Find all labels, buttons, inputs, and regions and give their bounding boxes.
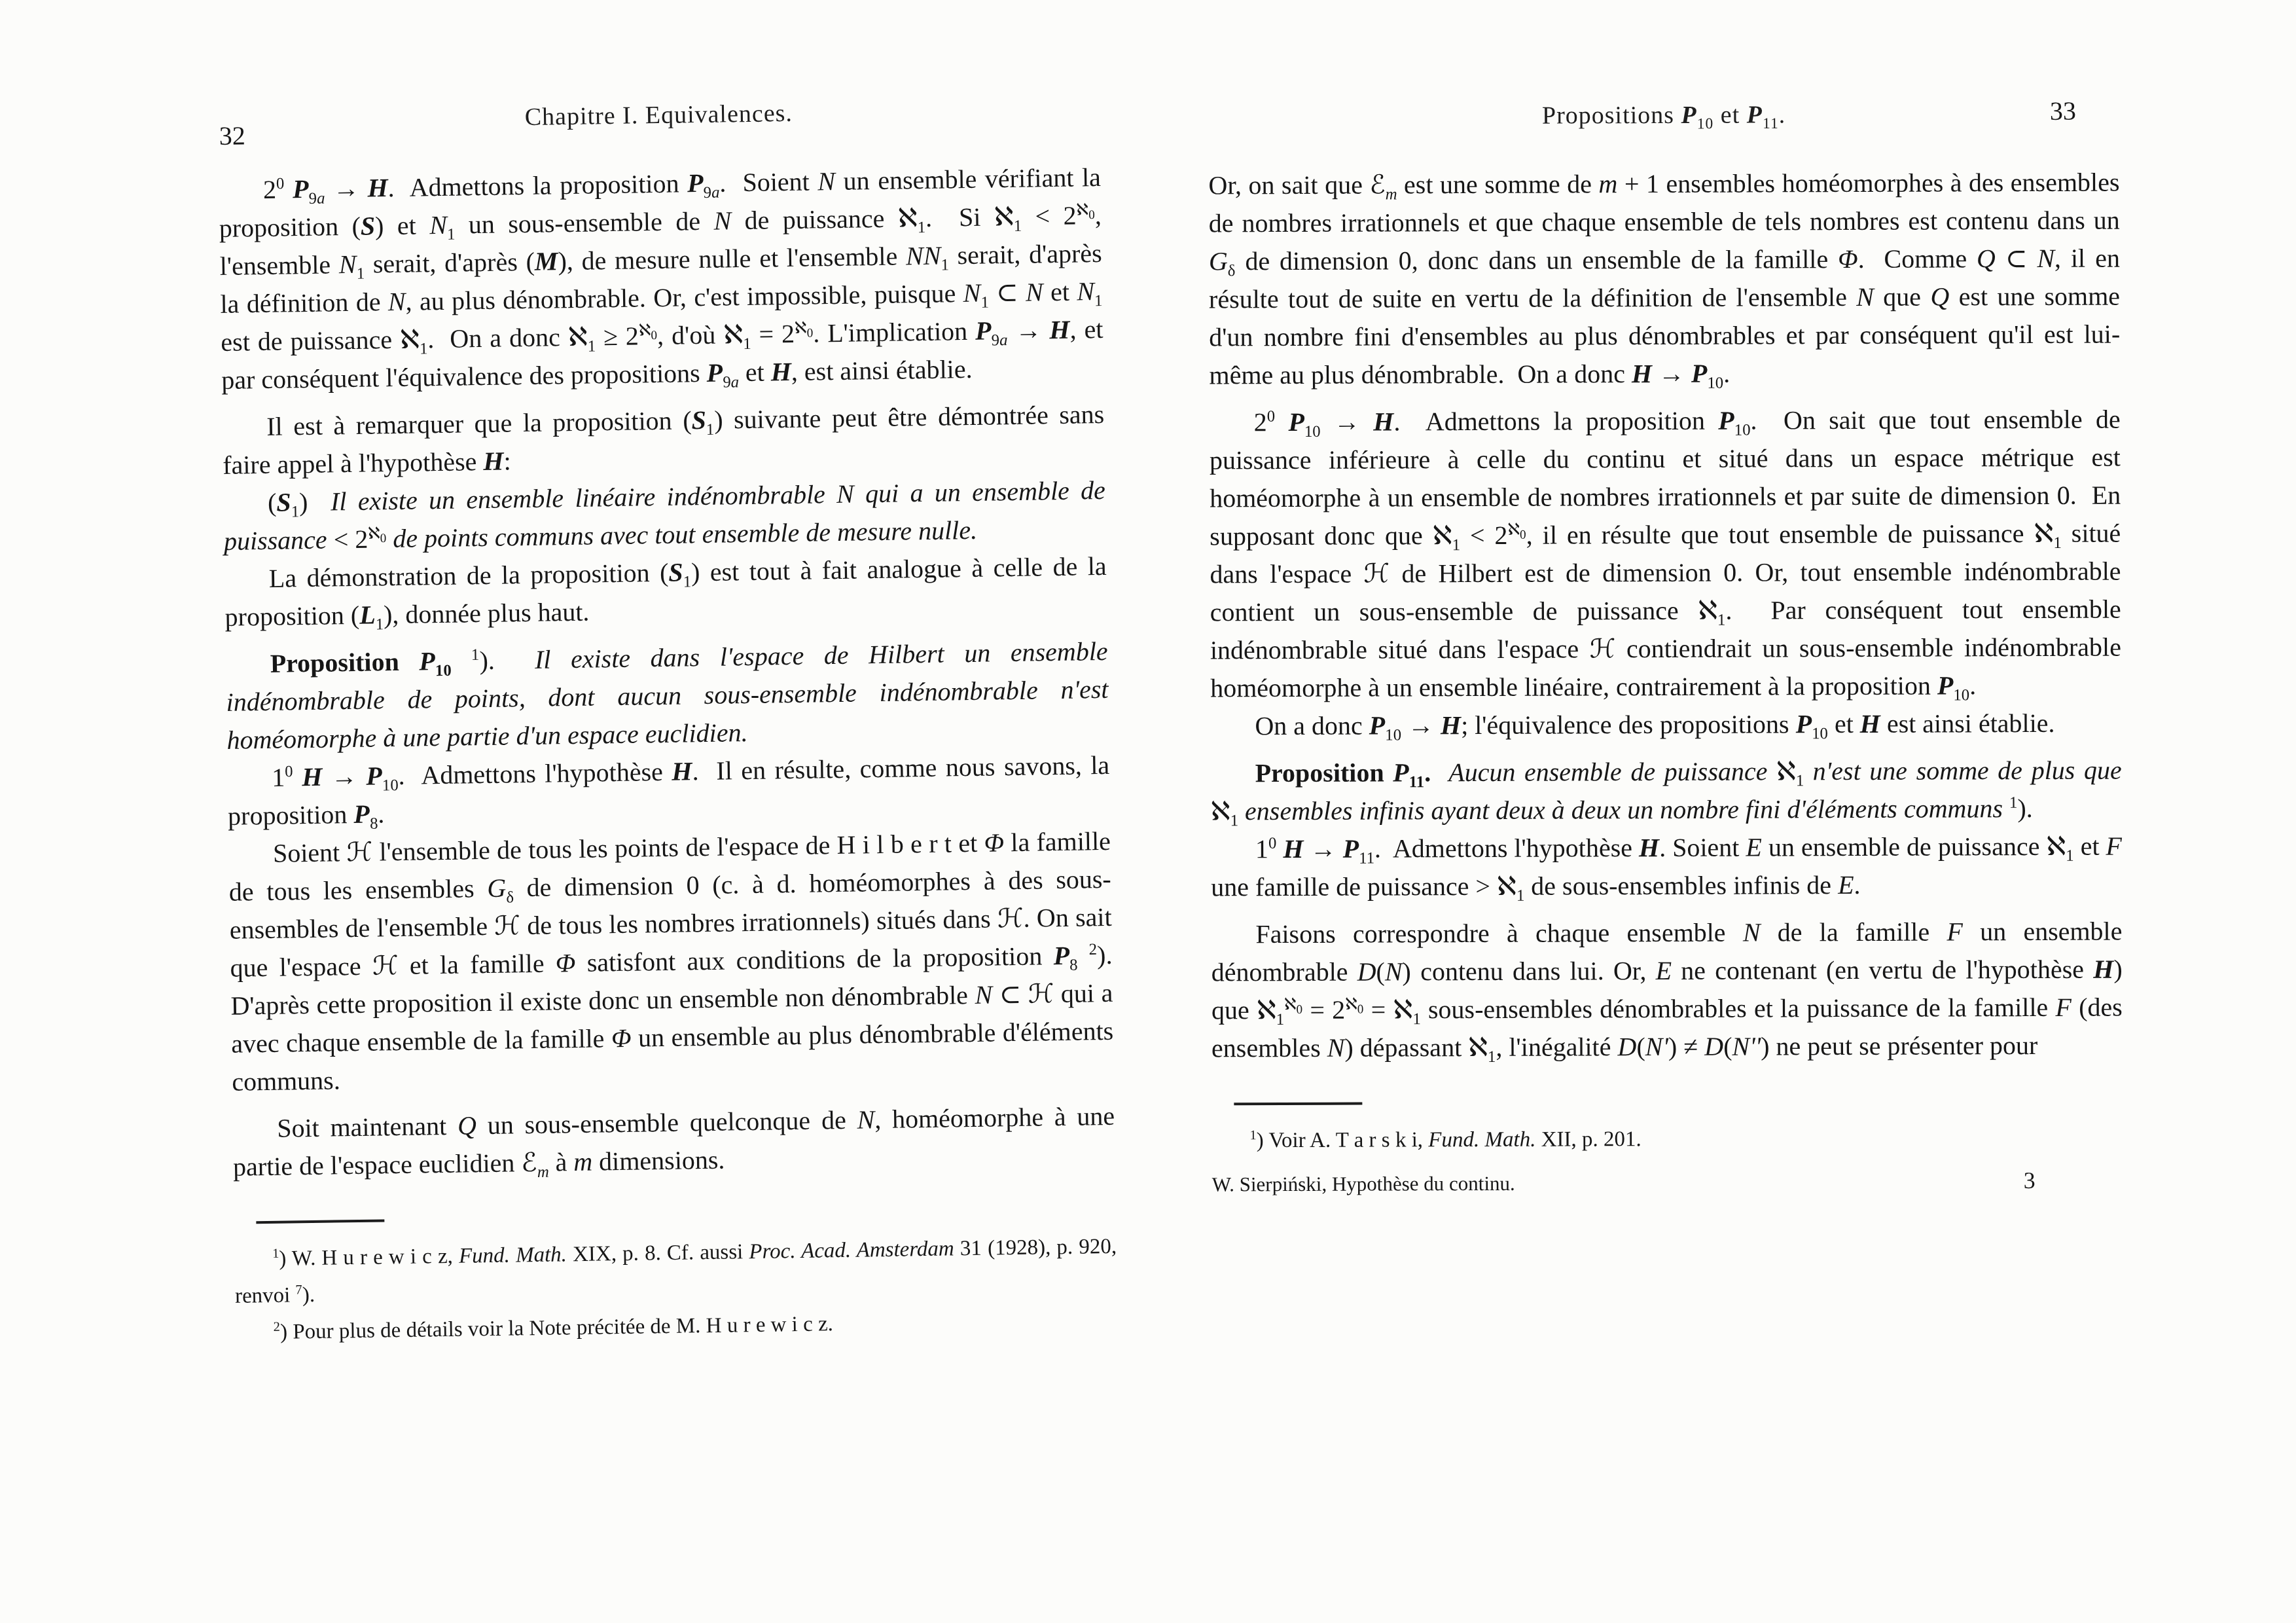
paragraph: Or, on sait que ℰm est une somme de m + …: [1208, 164, 2120, 395]
page-number-left: 32: [219, 120, 245, 152]
printer-signature: W. Sierpiński, Hypothèse du continu.: [1212, 1172, 1515, 1197]
footnotes-left: 1) W. H u r e w i c z, Fund. Math. XIX, …: [234, 1228, 1118, 1351]
footnote-rule-right: [1234, 1103, 1362, 1106]
page-32: 32 Chapitre I. Equivalences. 20 P9a → H.…: [217, 93, 1118, 1351]
page-body-right: Or, on sait que ℰm est une somme de m + …: [1208, 164, 2123, 1068]
page-33: Propositions P10 et P11. 33 Or, on sait …: [1208, 98, 2123, 1197]
paragraph: La démonstration de la proposition (S1) …: [224, 547, 1107, 636]
paragraph: Il est à remarquer que la proposition (S…: [222, 395, 1105, 484]
paragraph: Proposition P10 1). Il existe dans l'esp…: [225, 632, 1109, 759]
page-header-right: Propositions P10 et P11. 33: [1208, 98, 2119, 139]
sheet-number: 3: [2024, 1167, 2036, 1194]
book-spread: 32 Chapitre I. Equivalences. 20 P9a → H.…: [0, 0, 2296, 1623]
page-number-right: 33: [2050, 96, 2076, 127]
paragraph: (S1) Il existe un ensemble linéaire indé…: [223, 471, 1107, 560]
footnote: 1) Voir A. T a r s k i, Fund. Math. XII,…: [1211, 1120, 2123, 1159]
page-body-left: 20 P9a → H. Admettons la proposition P9a…: [219, 158, 1116, 1186]
page-header-left: 32 Chapitre I. Equivalences.: [217, 93, 1100, 144]
paragraph: On a donc P10 → H; l'équivalence des pro…: [1210, 704, 2121, 746]
paragraph: Soient ℋ l'ensemble de tous les points d…: [228, 822, 1115, 1101]
footnotes-right: 1) Voir A. T a r s k i, Fund. Math. XII,…: [1211, 1120, 2123, 1159]
paragraph: 20 P10 → H. Admettons la proposition P10…: [1210, 401, 2122, 708]
footnote: 1) W. H u r e w i c z, Fund. Math. XIX, …: [234, 1228, 1118, 1315]
paragraph: Proposition P11. Aucun ensemble de puiss…: [1210, 752, 2121, 831]
paragraph: Faisons correspondre à chaque ensemble N…: [1211, 913, 2123, 1068]
footnote-rule-left: [256, 1219, 384, 1224]
paragraph: 20 P9a → H. Admettons la proposition P9a…: [219, 158, 1104, 399]
paragraph: 10 H → P11. Admettons l'hypothèse H. Soi…: [1211, 828, 2122, 907]
page-footer: W. Sierpiński, Hypothèse du continu. 3: [1212, 1167, 2123, 1197]
running-title-left: Chapitre I. Equivalences.: [217, 93, 1100, 137]
paragraph: 10 H → P10. Admettons l'hypothèse H. Il …: [227, 746, 1111, 835]
paragraph: Soit maintenant Q un sous-ensemble quelc…: [232, 1097, 1116, 1186]
running-title-right: Propositions P10 et P11.: [1208, 98, 2119, 133]
